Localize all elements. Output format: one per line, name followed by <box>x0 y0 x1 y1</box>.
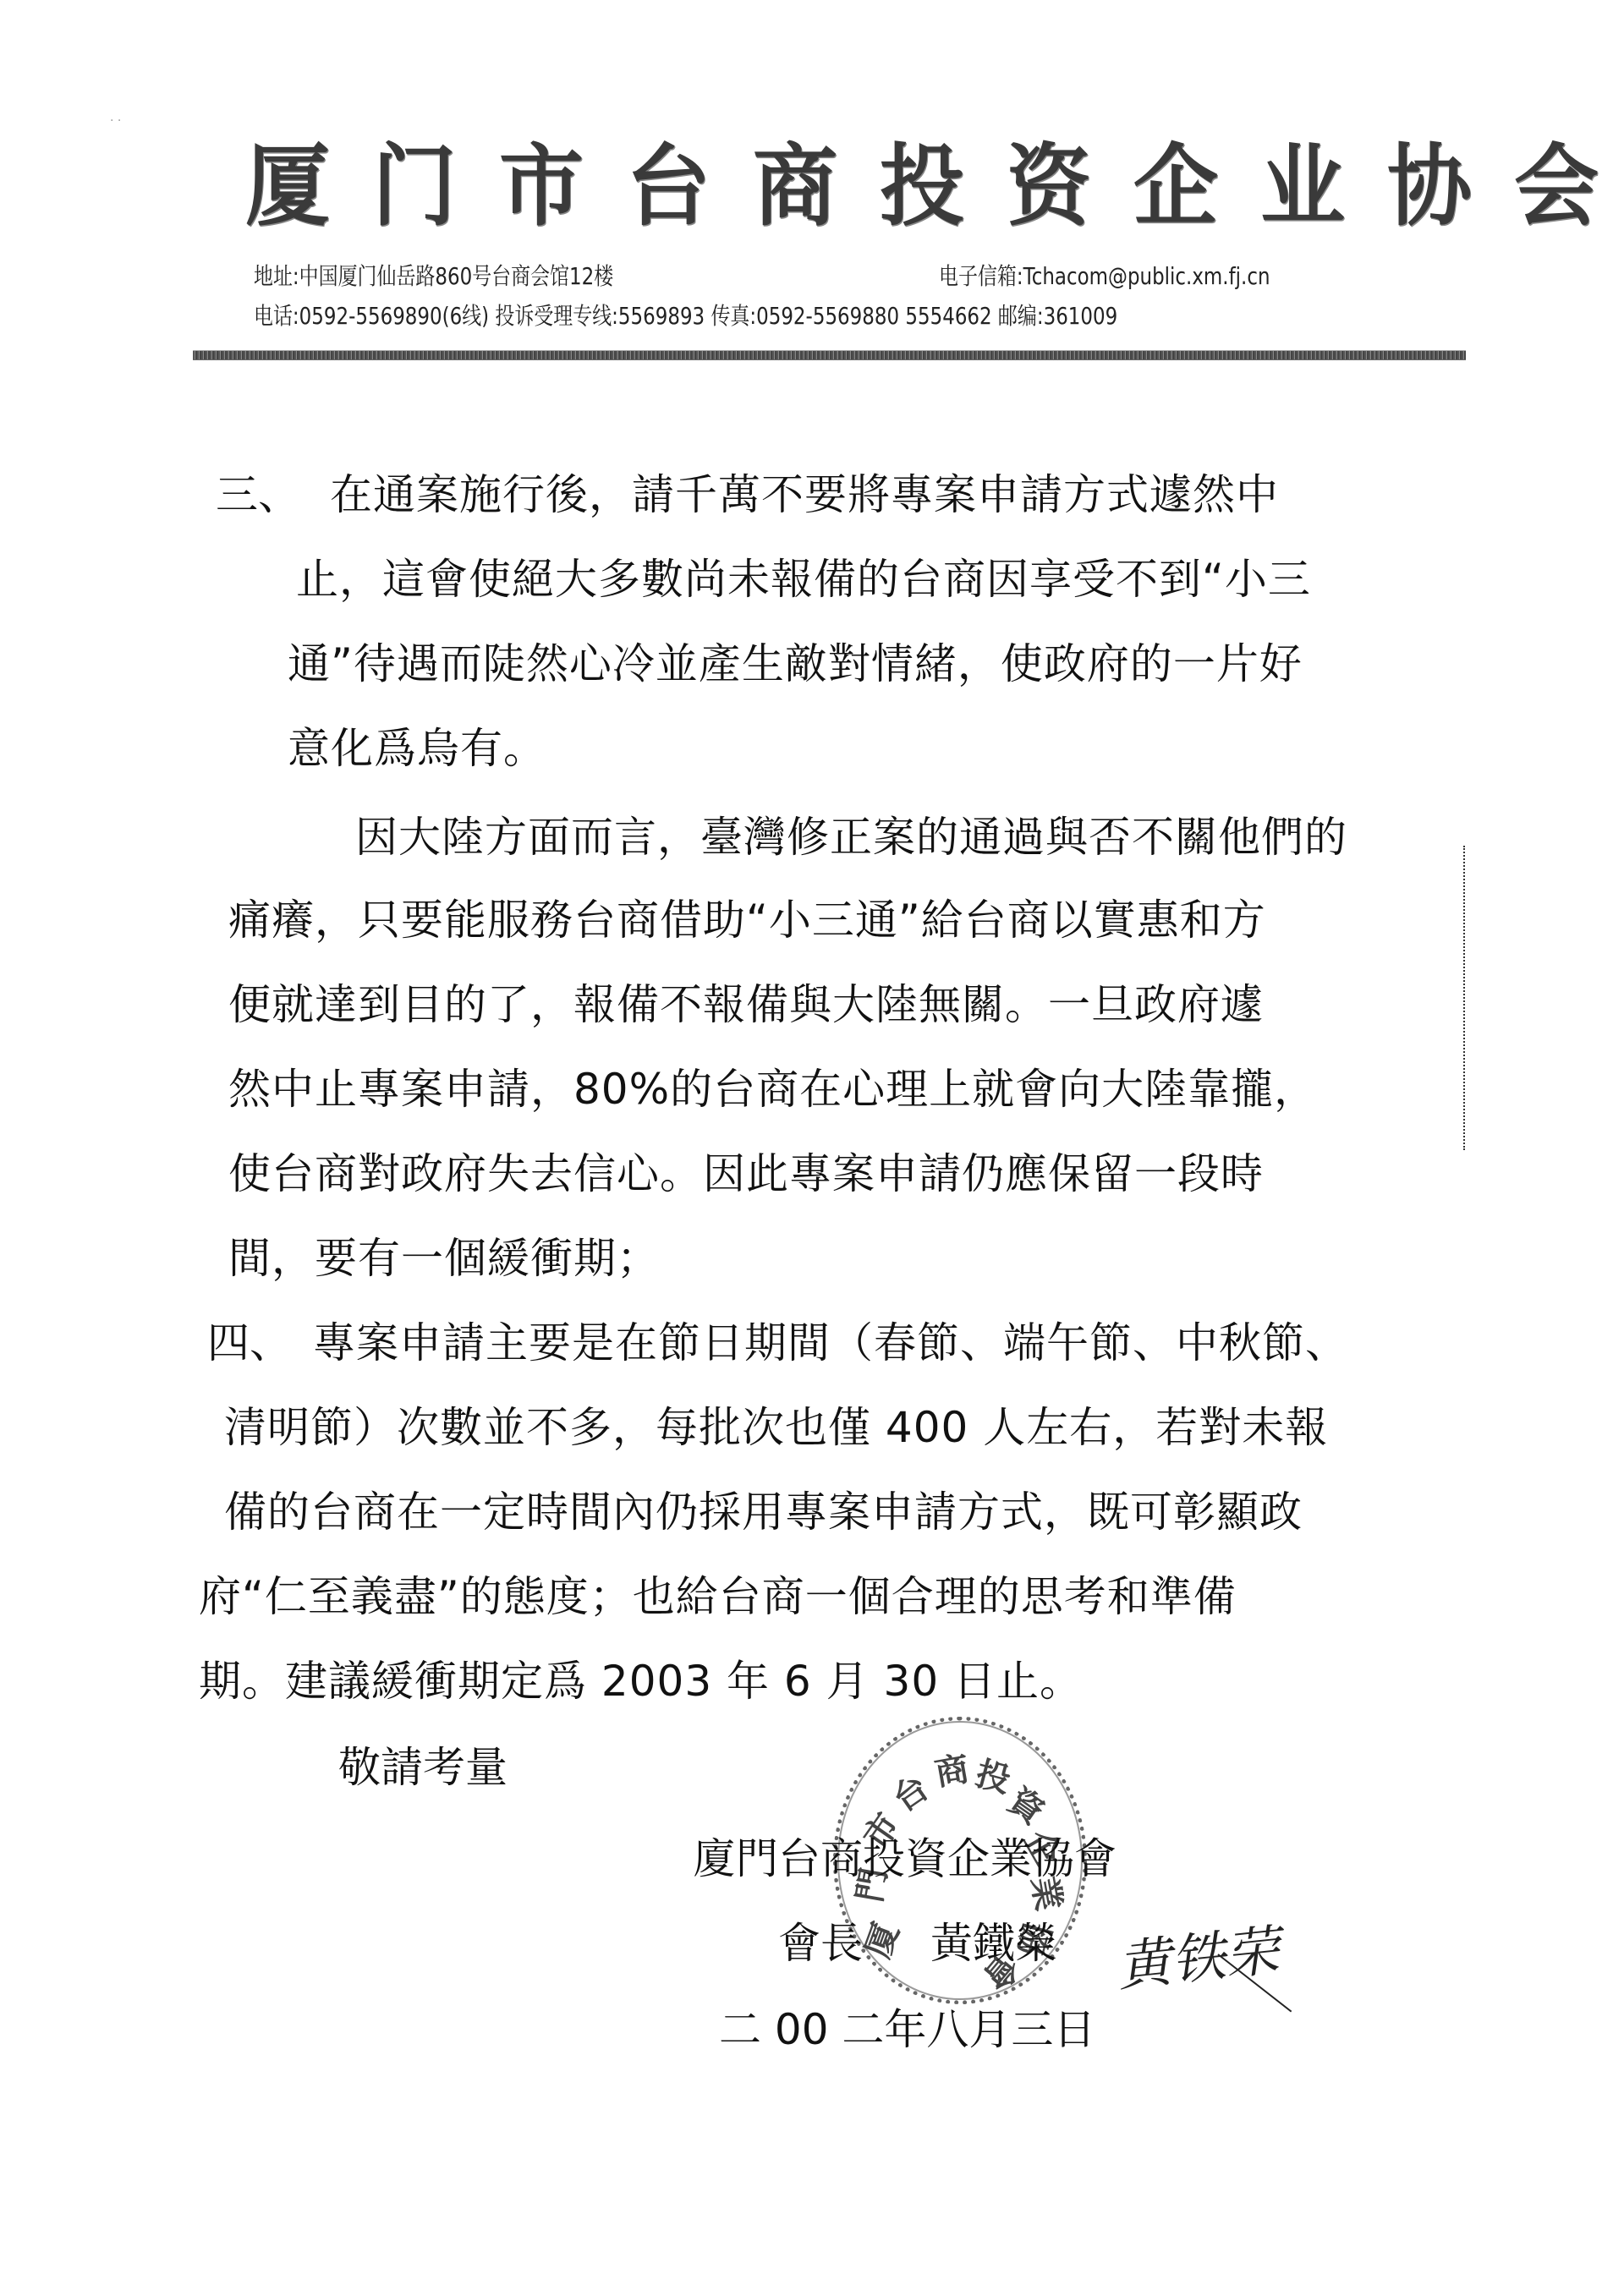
phone-fax-line: 电话:0592-5569890(6线) 投诉受理专线:5569893 传真:05… <box>254 298 1117 332</box>
closing-title: 會長 <box>778 1918 863 1969</box>
item3-line-4: 意化爲烏有。 <box>288 723 546 774</box>
letterhead-title: 厦门市台商投资企业协会 <box>245 133 1429 239</box>
item3-line-1: 在通案施行後，請千萬不要將專案申請方式遽然中 <box>330 469 1279 520</box>
seal-char: 台 <box>881 1762 936 1822</box>
letterhead-divider <box>193 350 1466 360</box>
paragraph-line-1: 因大陸方面而言，臺灣修正案的通過與否不關他們的 <box>355 812 1347 863</box>
closing-salutation: 敬請考量 <box>338 1742 507 1793</box>
paragraph-line-3: 便就達到目的了，報備不報備與大陸無關。一旦政府遽 <box>228 979 1264 1030</box>
paragraph-line-5: 使台商對政府失去信心。因此專案申請仍應保留一段時 <box>228 1148 1264 1199</box>
paragraph-line-2: 痛癢，只要能服務台商借助“小三通”給台商以實惠和方 <box>228 895 1266 945</box>
item3-line-2: 止，這會使絕大多數尚未報備的台商因享受不到“小三 <box>296 554 1311 605</box>
scan-margin-artifact <box>1463 846 1465 1150</box>
seal-char: 商 <box>930 1742 972 1795</box>
item4-line-2: 清明節）次數並不多，每批次也僅 400 人左右，若對未報 <box>224 1402 1328 1453</box>
item4-line-4: 府“仁至義盡”的態度；也給台商一個合理的思考和準備 <box>199 1571 1237 1622</box>
address-line: 地址:中国厦门仙岳路860号台商会馆12楼 <box>254 258 613 292</box>
item4-line-1: 專案申請主要是在節日期間（春節、端午節、中秋節、 <box>313 1318 1348 1368</box>
closing-organization: 廈門台商投資企業協會 <box>694 1833 1116 1884</box>
email-line: 电子信箱:Tchacom@public.xm.fj.cn <box>939 258 1270 292</box>
item4-line-5: 期。建議緩衝期定爲 2003 年 6 月 30 日止。 <box>199 1656 1083 1707</box>
handwritten-signature: 黄铁荣 <box>1113 1907 1283 2002</box>
item3-line-3: 通”待遇而陡然心冷並產生敵對情緒，使政府的一片好 <box>288 638 1303 689</box>
closing-name: 黃鐵榮 <box>930 1918 1057 1969</box>
scan-speck: · · <box>110 114 121 128</box>
item-number-4: 四、 <box>207 1318 292 1368</box>
item-number-3: 三、 <box>216 469 300 520</box>
paragraph-line-4: 然中止專案申請，80%的台商在心理上就會向大陸靠攏， <box>228 1064 1317 1115</box>
paragraph-line-6: 間，要有一個緩衝期； <box>228 1233 660 1284</box>
seal-char: 投 <box>971 1747 1016 1802</box>
item4-line-3: 備的台商在一定時間內仍採用專案申請方式，既可彰顯政 <box>224 1487 1303 1537</box>
closing-date: 二 00 二年八月三日 <box>719 2004 1095 2055</box>
